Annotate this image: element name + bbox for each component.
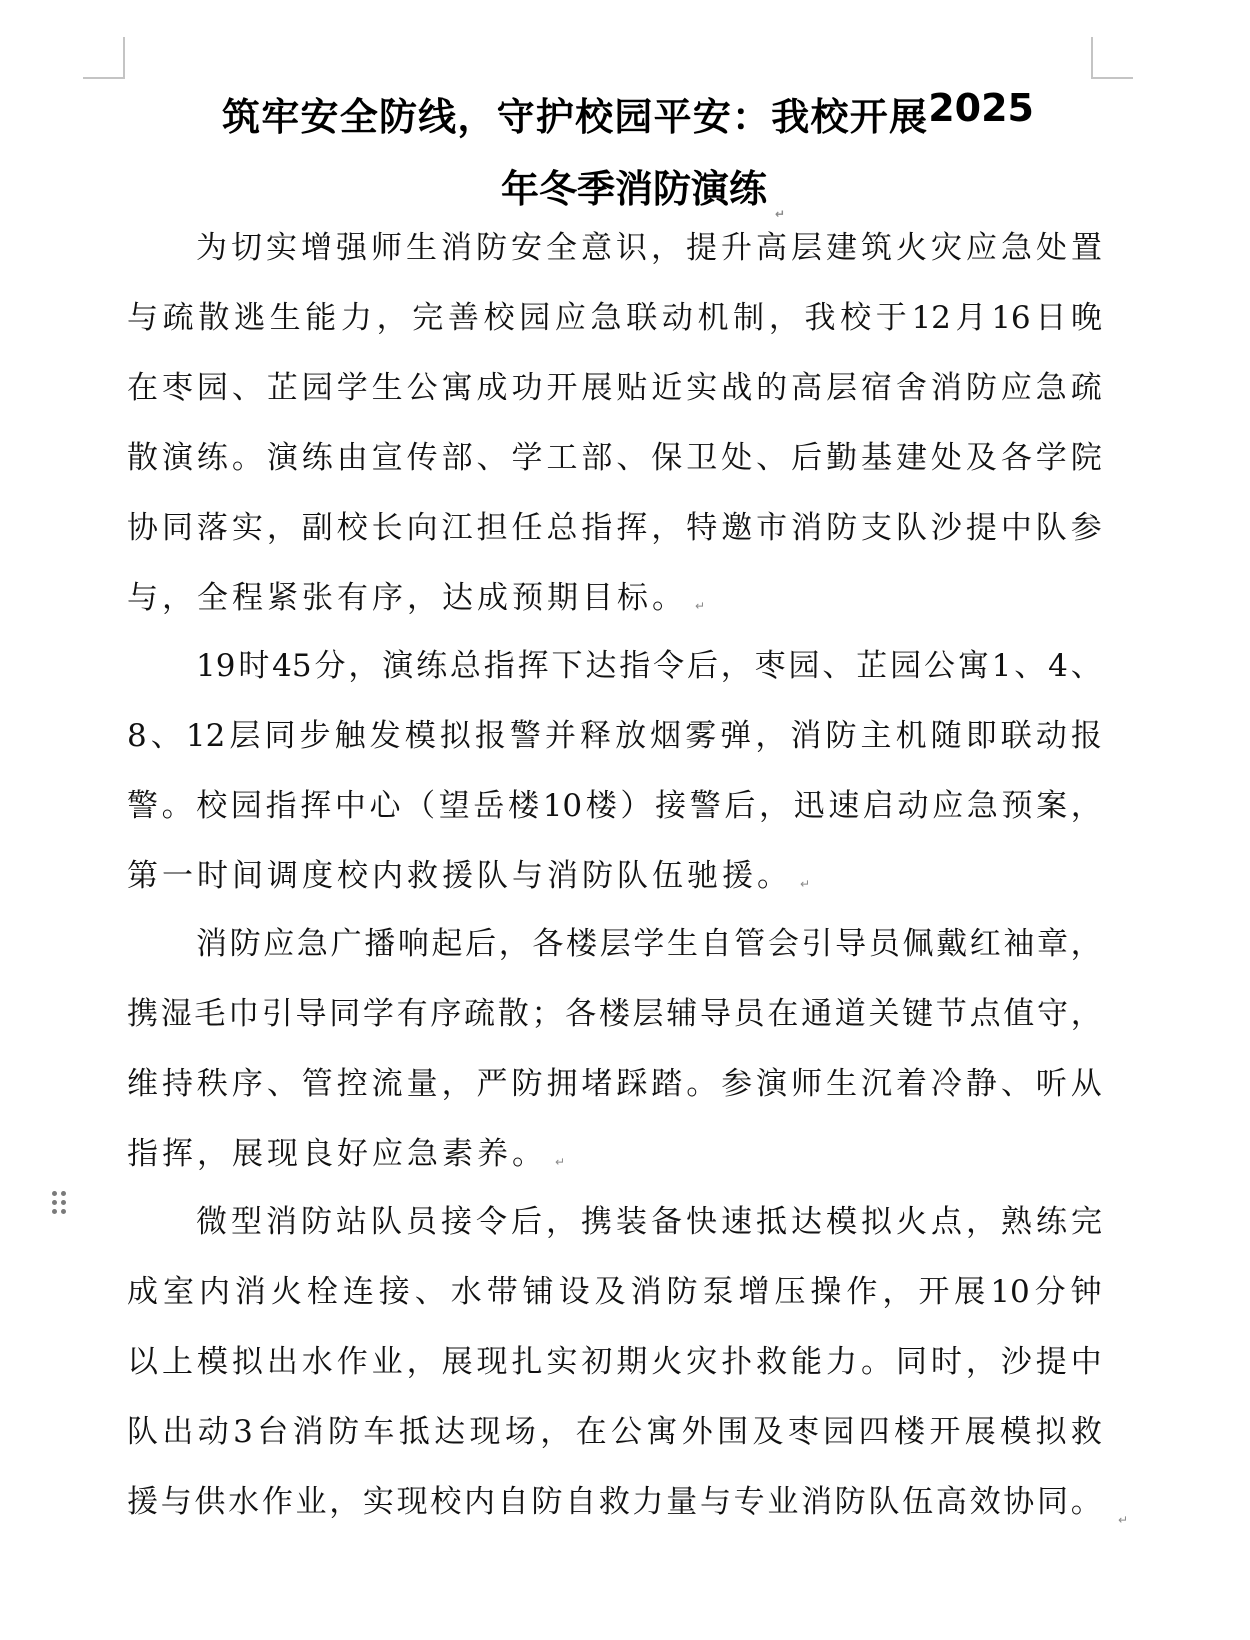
glyph: 、 <box>415 1272 446 1312</box>
glyph: 节 <box>936 994 967 1034</box>
glyph: 消 <box>441 228 472 268</box>
glyph: 全 <box>340 86 378 141</box>
glyph: 层 <box>826 368 857 408</box>
glyph: 实 <box>363 1482 394 1522</box>
line-text: 与，全程紧张有序，达成预期目标。 <box>127 578 687 618</box>
glyph: 实 <box>546 1342 577 1382</box>
glyph: 3 <box>233 1412 253 1452</box>
glyph: ， <box>348 646 379 686</box>
glyph: 及 <box>752 1412 783 1452</box>
glyph: 演 <box>756 1064 787 1104</box>
glyph: 防 <box>826 508 857 548</box>
glyph: 引 <box>262 994 293 1034</box>
glyph: 意 <box>581 228 612 268</box>
glyph: 院 <box>1071 438 1102 478</box>
glyph: 序 <box>430 994 461 1034</box>
text-line: 队出动3台消防车抵达现场，在公寓外围及枣园四楼开展模拟救 <box>127 1412 1102 1452</box>
glyph: 实 <box>232 508 263 548</box>
glyph: 部 <box>442 438 473 478</box>
glyph: 装 <box>616 1202 647 1242</box>
glyph: 牢 <box>261 86 299 141</box>
glyph: 总 <box>546 508 577 548</box>
glyph: 抵 <box>399 1412 430 1452</box>
glyph: 扎 <box>511 1342 542 1382</box>
line-text: 第一时间调度校内救援队与消防队伍驰援。 <box>127 856 792 896</box>
glyph: 案 <box>1036 786 1067 826</box>
glyph: 、 <box>232 368 263 408</box>
glyph: 联 <box>1001 716 1032 756</box>
glyph: 传 <box>407 438 438 478</box>
glyph: ， <box>1071 924 1102 964</box>
glyph: 楼 <box>566 924 597 964</box>
text-line: 维持秩序、管控流量，严防拥堵踩踏。参演师生沉着冷静、听从 <box>127 1064 1102 1104</box>
glyph: 警 <box>510 716 541 756</box>
title-line-2-text: 年冬季消防演练 <box>501 167 767 211</box>
glyph: 开 <box>546 368 577 408</box>
glyph: 学 <box>511 438 542 478</box>
glyph: 演 <box>382 646 413 686</box>
glyph: 巾 <box>228 994 259 1034</box>
glyph: 江 <box>442 508 473 548</box>
glyph: 连 <box>343 1272 374 1312</box>
glyph: 接 <box>655 786 686 826</box>
glyph: 守 <box>1037 994 1068 1034</box>
glyph: 园 <box>231 786 262 826</box>
text-line: 成室内消火栓连接、水带铺设及消防泵增压操作，开展10分钟 <box>127 1272 1102 1312</box>
glyph: 同 <box>162 508 193 548</box>
glyph: 建 <box>896 438 927 478</box>
glyph: 各 <box>532 924 563 964</box>
glyph: 量 <box>407 1064 438 1104</box>
glyph: 作 <box>846 1272 877 1312</box>
glyph: 参 <box>1071 508 1102 548</box>
glyph: 序 <box>232 1064 263 1104</box>
glyph: 展 <box>954 1272 985 1312</box>
glyph: 模 <box>405 716 436 756</box>
glyph: 实 <box>266 228 297 268</box>
glyph: 章 <box>1037 924 1068 964</box>
glyph: 速 <box>828 786 859 826</box>
glyph: 练 <box>197 438 228 478</box>
glyph: 工 <box>546 438 577 478</box>
glyph: 联 <box>626 298 657 338</box>
glyph: 应 <box>263 924 294 964</box>
glyph: 围 <box>717 1412 748 1452</box>
glyph: 协 <box>127 508 158 548</box>
glyph: ， <box>966 1342 997 1382</box>
glyph: 防 <box>825 716 856 756</box>
glyph: 消 <box>266 1202 297 1242</box>
glyph: 自 <box>565 1482 596 1522</box>
glyph: 演 <box>162 438 193 478</box>
glyph: 导 <box>296 994 327 1034</box>
glyph: 队 <box>1036 508 1067 548</box>
glyph: 强 <box>336 228 367 268</box>
glyph: 导 <box>700 994 731 1034</box>
glyph: 识 <box>616 228 647 268</box>
glyph: 的 <box>756 368 787 408</box>
glyph: 令 <box>476 1202 507 1242</box>
paragraph-mark-icon: ↵ <box>695 586 705 626</box>
glyph: 散 <box>127 438 158 478</box>
glyph: 拥 <box>546 1064 577 1104</box>
glyph: 升 <box>721 228 752 268</box>
glyph: 勤 <box>826 438 857 478</box>
text-line: 第一时间调度校内救援队与消防队伍驰援。↵ <box>127 856 1102 896</box>
glyph: 听 <box>1036 1064 1067 1104</box>
glyph: 舍 <box>896 368 927 408</box>
text-line: 与，全程紧张有序，达成预期目标。↵ <box>127 578 1102 618</box>
glyph: 开 <box>850 86 888 141</box>
glyph: 在 <box>127 368 158 408</box>
glyph: 提 <box>686 228 717 268</box>
glyph: ， <box>966 1202 997 1242</box>
glyph: 。 <box>1071 1482 1102 1522</box>
glyph: 19 <box>196 646 235 686</box>
glyph: 自 <box>701 924 732 964</box>
glyph: 日 <box>1035 298 1066 338</box>
glyph: 园 <box>614 86 652 141</box>
glyph: 。 <box>861 1342 892 1382</box>
glyph: 扑 <box>721 1342 752 1382</box>
glyph: 基 <box>861 438 892 478</box>
glyph: 冷 <box>931 1064 962 1104</box>
glyph: 支 <box>861 508 892 548</box>
glyph: 戴 <box>936 924 967 964</box>
glyph: 流 <box>372 1064 403 1104</box>
glyph: 指 <box>581 508 612 548</box>
glyph: 建 <box>826 228 857 268</box>
glyph: 达 <box>434 1412 465 1452</box>
glyph: 、 <box>151 716 182 756</box>
glyph: 队 <box>127 1412 158 1452</box>
glyph: 生 <box>667 924 698 964</box>
glyph: 能 <box>791 1342 822 1382</box>
glyph: 点 <box>931 1202 962 1242</box>
glyph: 邀 <box>721 508 752 548</box>
glyph: 控 <box>337 1064 368 1104</box>
glyph: 应 <box>555 298 586 338</box>
glyph: 携 <box>581 1202 612 1242</box>
glyph: 45 <box>272 646 311 686</box>
glyph: 急 <box>297 924 328 964</box>
glyph: 管 <box>302 1064 333 1104</box>
glyph: 量 <box>666 1482 697 1522</box>
glyph: 救 <box>756 1342 787 1382</box>
glyph: 学 <box>337 368 368 408</box>
glyph: 由 <box>337 438 368 478</box>
glyph: ） <box>620 786 651 826</box>
glyph: 雾 <box>685 716 716 756</box>
glyph: 期 <box>616 1342 647 1382</box>
glyph: 与 <box>127 298 158 338</box>
glyph: ， <box>267 508 298 548</box>
glyph: 内 <box>199 1272 230 1312</box>
glyph: 出 <box>267 1342 298 1382</box>
glyph: 接 <box>441 1202 472 1242</box>
glyph: 堵 <box>581 1064 612 1104</box>
glyph: 急 <box>967 786 998 826</box>
glyph: 键 <box>902 994 933 1034</box>
glyph: 处 <box>931 438 962 478</box>
glyph: 消 <box>791 508 822 548</box>
glyph: 持 <box>162 1064 193 1104</box>
glyph: 筑 <box>222 86 260 141</box>
glyph: 枣 <box>162 368 193 408</box>
glyph: 迅 <box>794 786 825 826</box>
glyph: 微 <box>196 1202 227 1242</box>
glyph: 逃 <box>234 298 265 338</box>
glyph: 与 <box>161 1482 192 1522</box>
page-corner-mark-top-left <box>83 37 125 79</box>
glyph: 中 <box>335 786 366 826</box>
glyph: 平 <box>654 86 692 141</box>
paragraph-mark-icon: ↵ <box>1118 1500 1128 1540</box>
glyph: 室 <box>163 1272 194 1312</box>
glyph: 台 <box>257 1412 288 1452</box>
glyph: 操 <box>810 1272 841 1312</box>
glyph: 踩 <box>616 1064 647 1104</box>
glyph: ， <box>377 298 408 338</box>
glyph: 练 <box>302 438 333 478</box>
glyph: 道 <box>835 994 866 1034</box>
glyph: 。 <box>232 438 263 478</box>
glyph: 、 <box>1071 646 1102 686</box>
glyph: 抵 <box>756 1202 787 1242</box>
glyph: 型 <box>231 1202 262 1242</box>
glyph: 分 <box>314 646 345 686</box>
glyph: 高 <box>756 228 787 268</box>
text-line: 微型消防站队员接令后，携装备快速抵达模拟火点，熟练完 <box>196 1202 1102 1242</box>
glyph: 守 <box>497 86 535 141</box>
glyph: 公 <box>924 646 955 686</box>
drag-dot <box>52 1200 57 1205</box>
glyph: 拟 <box>861 1202 892 1242</box>
glyph: 层 <box>600 924 631 964</box>
glyph: 芷 <box>267 368 298 408</box>
glyph: 机 <box>698 298 729 338</box>
glyph: 外 <box>682 1412 713 1452</box>
glyph: 烟 <box>650 716 681 756</box>
glyph: 生 <box>826 1064 857 1104</box>
glyph: 校 <box>196 786 227 826</box>
glyph: 以 <box>127 1342 158 1382</box>
glyph: 校 <box>430 1482 461 1522</box>
drag-handle-icon[interactable] <box>52 1191 66 1215</box>
glyph: 出 <box>162 1412 193 1452</box>
glyph: 战 <box>721 368 752 408</box>
glyph: 寓 <box>646 1412 677 1452</box>
glyph: 在 <box>576 1412 607 1452</box>
glyph: 现 <box>469 1412 500 1452</box>
glyph: 层 <box>791 228 822 268</box>
glyph: 报 <box>475 716 506 756</box>
glyph: 师 <box>791 1064 822 1104</box>
glyph: 我 <box>804 298 835 338</box>
glyph: 特 <box>686 508 717 548</box>
glyph: 学 <box>633 924 664 964</box>
glyph: 应 <box>966 228 997 268</box>
glyph: 园 <box>302 368 333 408</box>
glyph: 达 <box>791 1202 822 1242</box>
glyph: 沙 <box>931 508 962 548</box>
glyph: 踏 <box>651 1064 682 1104</box>
glyph: 拟 <box>1035 1412 1066 1452</box>
glyph: 市 <box>756 508 787 548</box>
glyph: 作 <box>337 1342 368 1382</box>
glyph: 会 <box>768 924 799 964</box>
glyph: 救 <box>599 1482 630 1522</box>
glyph: 担 <box>477 508 508 548</box>
glyph: 枣 <box>755 646 786 686</box>
glyph: 令 <box>653 646 684 686</box>
glyph: 4 <box>1048 646 1068 686</box>
glyph: 接 <box>379 1272 410 1312</box>
glyph: 并 <box>545 716 576 756</box>
glyph: 模 <box>826 1202 857 1242</box>
glyph: 练 <box>1036 1202 1067 1242</box>
glyph: 防 <box>511 1064 542 1104</box>
glyph: 后 <box>724 786 755 826</box>
glyph: 宣 <box>372 438 403 478</box>
glyph: 场 <box>505 1412 536 1452</box>
glyph: 线 <box>418 86 456 141</box>
glyph: 四 <box>859 1412 890 1452</box>
glyph: 后 <box>511 1202 542 1242</box>
glyph: 发 <box>370 716 401 756</box>
glyph: 站 <box>336 1202 367 1242</box>
glyph: 员 <box>734 994 765 1034</box>
glyph: 任 <box>511 508 542 548</box>
glyph: 于 <box>876 298 907 338</box>
glyph: 钟 <box>1071 1272 1102 1312</box>
glyph: 寓 <box>442 368 473 408</box>
text-line: 与疏散逃生能力，完善校园应急联动机制，我校于12月16日晚 <box>127 298 1102 338</box>
glyph: 公 <box>407 368 438 408</box>
glyph: 初 <box>581 1342 612 1382</box>
glyph: 达 <box>585 646 616 686</box>
glyph: 层 <box>229 716 260 756</box>
glyph: 12 <box>186 716 225 756</box>
glyph: 实 <box>686 368 717 408</box>
glyph: 处 <box>1036 228 1067 268</box>
glyph: 员 <box>869 924 900 964</box>
glyph: 急 <box>591 298 622 338</box>
glyph: 有 <box>397 994 428 1034</box>
glyph: 动 <box>1036 716 1067 756</box>
drag-dot <box>61 1200 66 1205</box>
glyph: ， <box>755 716 786 756</box>
glyph: 应 <box>932 786 963 826</box>
glyph: 灾 <box>686 1342 717 1382</box>
glyph: ， <box>651 508 682 548</box>
glyph: 援 <box>127 1482 158 1522</box>
glyph: 急 <box>1036 368 1067 408</box>
glyph: 安 <box>300 86 338 141</box>
glyph: 带 <box>487 1272 518 1312</box>
glyph: 校 <box>484 298 515 338</box>
glyph: ， <box>546 1202 577 1242</box>
glyph: 防 <box>531 1482 562 1522</box>
glyph: 火 <box>651 1342 682 1382</box>
glyph: 提 <box>966 508 997 548</box>
glyph: 枣 <box>788 1412 819 1452</box>
glyph: 拟 <box>440 716 471 756</box>
glyph: 师 <box>371 228 402 268</box>
glyph: 警 <box>690 786 721 826</box>
paragraph-mark-icon: ↵ <box>800 864 810 904</box>
glyph: 疏 <box>163 298 194 338</box>
glyph: 宿 <box>861 368 892 408</box>
text-line: 散演练。演练由宣传部、学工部、保卫处、后勤基建处及各学院 <box>127 438 1102 478</box>
glyph: 16 <box>991 298 1030 338</box>
glyph: 铺 <box>523 1272 554 1312</box>
glyph: 辅 <box>666 994 697 1034</box>
glyph: 散 <box>498 994 529 1034</box>
glyph: 置 <box>1071 228 1102 268</box>
glyph: 芷 <box>856 646 887 686</box>
glyph: 部 <box>581 438 612 478</box>
glyph: 力 <box>341 298 372 338</box>
glyph: 袖 <box>1003 924 1034 964</box>
glyph: 长 <box>372 508 403 548</box>
paragraph-mark-icon: ↵ <box>775 207 785 221</box>
glyph: 楼 <box>894 1412 925 1452</box>
glyph: 安 <box>693 86 731 141</box>
glyph: 严 <box>477 1064 508 1104</box>
glyph: 栓 <box>307 1272 338 1312</box>
glyph: 消 <box>801 1482 832 1522</box>
text-line: 警。校园指挥中心（望岳楼10楼）接警后，迅速启动应急预案， <box>127 786 1102 826</box>
glyph: 消 <box>931 368 962 408</box>
glyph: 指 <box>619 646 650 686</box>
glyph: 园 <box>197 368 228 408</box>
glyph: 、 <box>1001 1064 1032 1104</box>
glyph: 队 <box>896 508 927 548</box>
glyph: 报 <box>1071 716 1102 756</box>
glyph: 供 <box>194 1482 225 1522</box>
glyph: 增 <box>301 228 332 268</box>
glyph: 警 <box>127 786 158 826</box>
glyph: 落 <box>197 508 228 548</box>
line-text: 指挥，展现良好应急素养。 <box>127 1134 547 1174</box>
glyph: 月 <box>956 298 987 338</box>
glyph: 备 <box>651 1202 682 1242</box>
glyph: ， <box>457 86 495 141</box>
glyph: 水 <box>228 1482 259 1522</box>
glyph: 静 <box>966 1064 997 1104</box>
glyph: 时 <box>931 1342 962 1382</box>
glyph: 。 <box>686 1064 717 1104</box>
glyph: 现 <box>477 1342 508 1382</box>
glyph: 校 <box>840 298 871 338</box>
glyph: 园 <box>519 298 550 338</box>
glyph: 园 <box>890 646 921 686</box>
glyph: ； <box>531 994 562 1034</box>
drag-dot <box>52 1209 57 1214</box>
glyph: 业 <box>767 1482 798 1522</box>
glyph: 为 <box>196 228 227 268</box>
glyph: 制 <box>733 298 764 338</box>
glyph: 维 <box>127 1064 158 1104</box>
glyph: 楼 <box>508 786 539 826</box>
glyph: 生 <box>406 228 437 268</box>
glyph: 中 <box>1001 508 1032 548</box>
glyph: 消 <box>235 1272 266 1312</box>
glyph: 心 <box>369 786 400 826</box>
glyph: 练 <box>416 646 447 686</box>
glyph: 能 <box>305 298 336 338</box>
